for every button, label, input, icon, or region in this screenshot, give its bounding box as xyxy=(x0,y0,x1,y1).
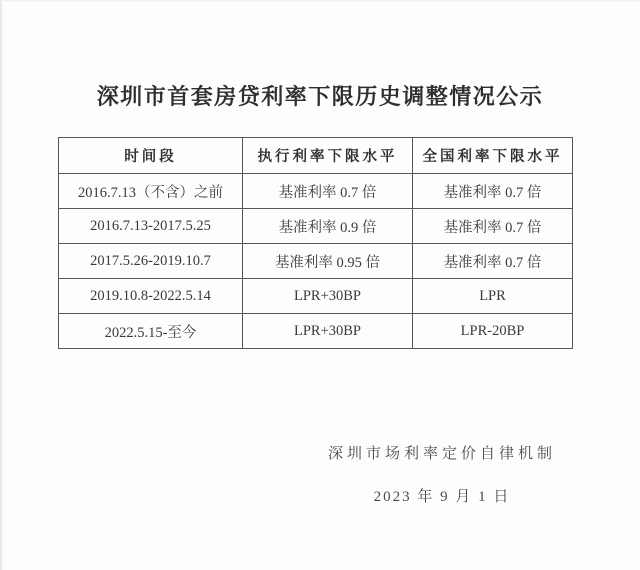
cell-period: 2019.10.8-2022.5.14 xyxy=(59,279,243,314)
signature-block: 深圳市场利率定价自律机制 2023 年 9 月 1 日 xyxy=(296,442,588,506)
table-row: 2017.5.26-2019.10.7 基准利率 0.95 倍 基准利率 0.7… xyxy=(59,244,573,279)
cell-executed-rate: 基准利率 0.7 倍 xyxy=(243,174,413,209)
cell-executed-rate: LPR+30BP xyxy=(243,279,413,314)
cell-executed-rate: 基准利率 0.9 倍 xyxy=(243,209,413,244)
cell-national-rate: 基准利率 0.7 倍 xyxy=(413,174,573,209)
cell-national-rate: LPR-20BP xyxy=(413,314,573,349)
column-header-national-rate-floor: 全国利率下限水平 xyxy=(413,138,573,174)
cell-period: 2016.7.13（不含）之前 xyxy=(59,174,243,209)
table-row: 2022.5.15-至今 LPR+30BP LPR-20BP xyxy=(59,314,573,349)
column-header-period: 时间段 xyxy=(59,138,243,174)
cell-period: 2017.5.26-2019.10.7 xyxy=(59,244,243,279)
rate-history-table: 时间段 执行利率下限水平 全国利率下限水平 2016.7.13（不含）之前 基准… xyxy=(58,137,573,349)
cell-executed-rate: 基准利率 0.95 倍 xyxy=(243,244,413,279)
table-header-row: 时间段 执行利率下限水平 全国利率下限水平 xyxy=(59,138,573,174)
issuer-name: 深圳市场利率定价自律机制 xyxy=(296,442,588,463)
issue-date: 2023 年 9 月 1 日 xyxy=(296,485,588,506)
cell-national-rate: 基准利率 0.7 倍 xyxy=(413,209,573,244)
page-title: 深圳市首套房贷利率下限历史调整情况公示 xyxy=(0,80,640,111)
table-row: 2019.10.8-2022.5.14 LPR+30BP LPR xyxy=(59,279,573,314)
document-page: 深圳市首套房贷利率下限历史调整情况公示 时间段 执行利率下限水平 全国利率下限水… xyxy=(0,0,640,570)
table-row: 2016.7.13-2017.5.25 基准利率 0.9 倍 基准利率 0.7 … xyxy=(59,209,573,244)
column-header-executed-rate-floor: 执行利率下限水平 xyxy=(243,138,413,174)
cell-national-rate: LPR xyxy=(413,279,573,314)
cell-national-rate: 基准利率 0.7 倍 xyxy=(413,244,573,279)
table-row: 2016.7.13（不含）之前 基准利率 0.7 倍 基准利率 0.7 倍 xyxy=(59,174,573,209)
cell-period: 2016.7.13-2017.5.25 xyxy=(59,209,243,244)
page-edge-top xyxy=(0,0,640,2)
cell-period: 2022.5.15-至今 xyxy=(59,314,243,349)
cell-executed-rate: LPR+30BP xyxy=(243,314,413,349)
